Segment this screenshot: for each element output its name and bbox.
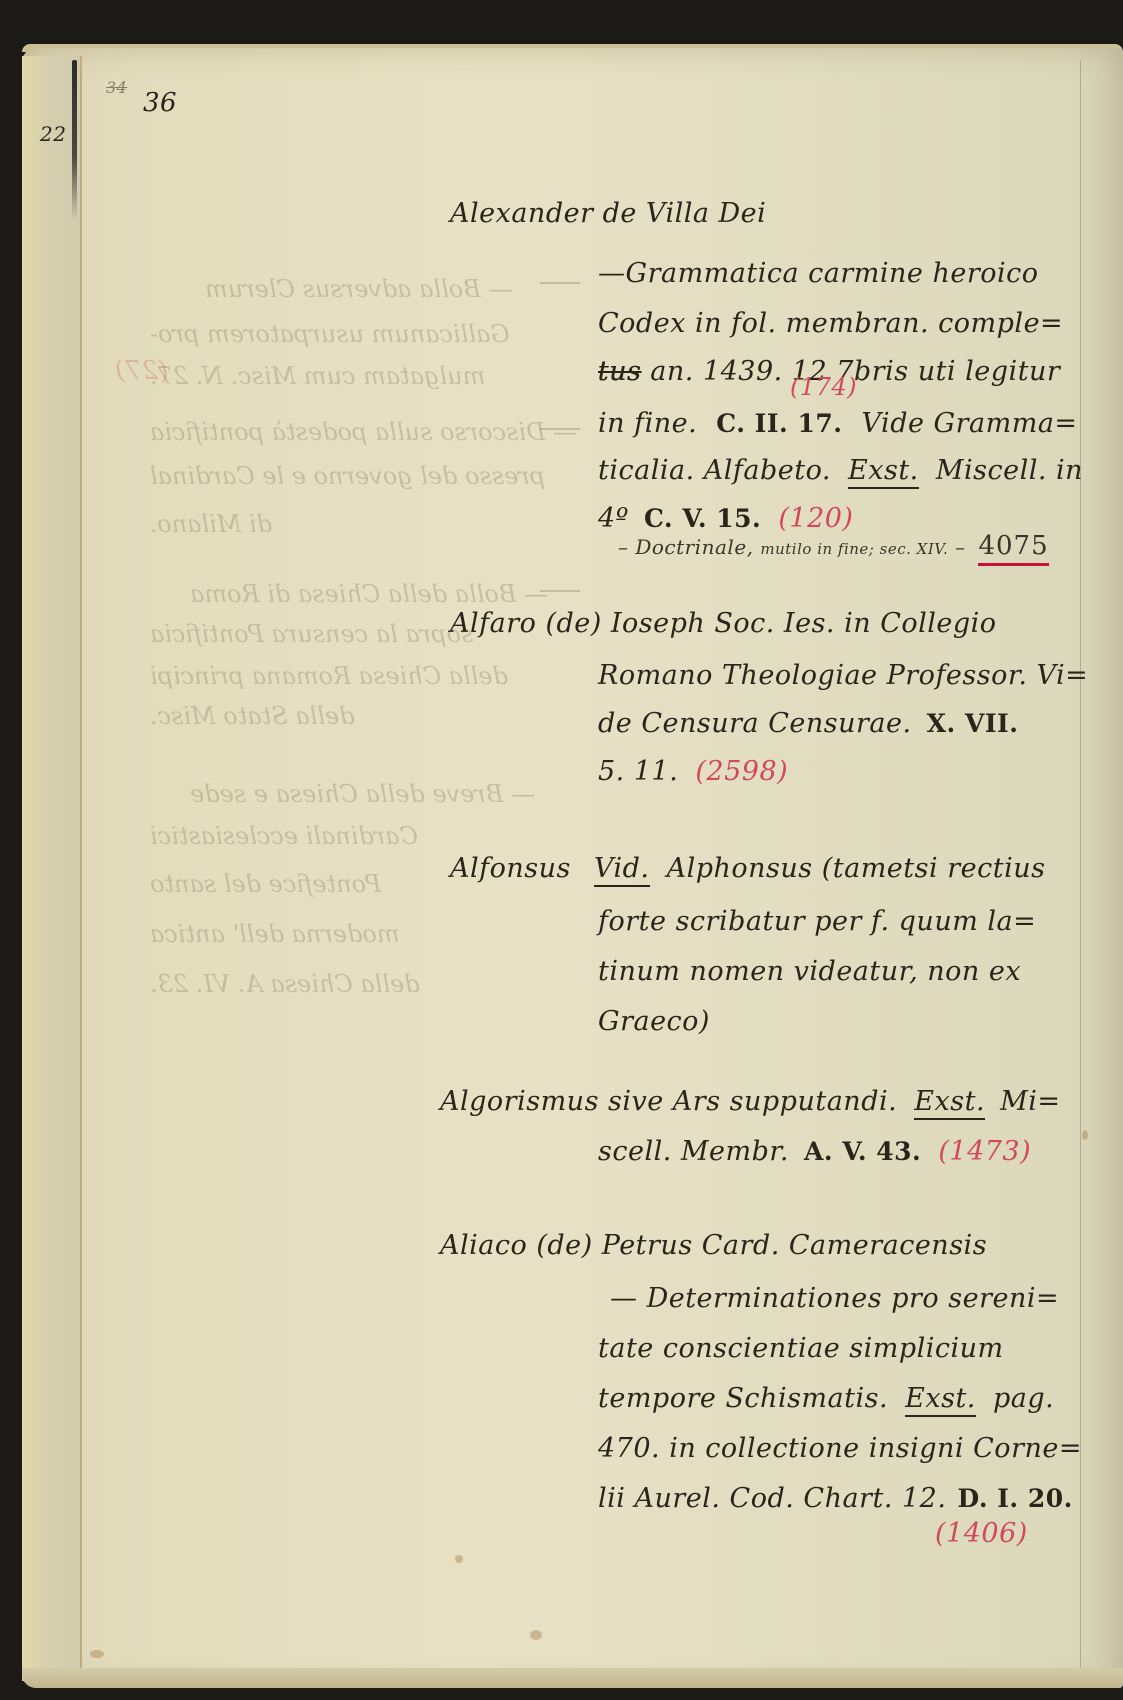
entry-line: scell. Membr. A. V. 43. (1473) [598, 1138, 1031, 1165]
margin-mark: 22 [40, 124, 66, 144]
entry-heading: Alfonsus [450, 853, 571, 884]
old-folio-number: 34 [106, 80, 127, 96]
red-shelf-number: (120) [778, 503, 853, 534]
entry-line: 4º C. V. 15. (120) [598, 505, 853, 532]
exst-underlined: Exst. [905, 1383, 976, 1417]
entry-line: Codex in fol. membran. comple= [598, 310, 1063, 337]
entry-line: in fine. C. II. 17. Vide Gramma= [598, 410, 1078, 437]
entry-line: 470. in collectione insigni Corne= [598, 1435, 1082, 1462]
shelfmark: D. I. 20. [958, 1484, 1073, 1513]
entry-line: tate conscientiae simplicium [598, 1335, 1004, 1362]
right-fold-line [1080, 60, 1081, 1670]
red-shelf-number: (174) [790, 375, 857, 399]
entry-heading: Alfaro (de) Ioseph Soc. Ies. in Collegio [450, 610, 997, 637]
red-shelf-number: (1406) [935, 1520, 1028, 1547]
entry-heading: Aliaco (de) Petrus Card. Cameracensis [440, 1232, 987, 1259]
entry-line: Alfonsus Vid. Alphonsus (tametsi rectius [450, 855, 1045, 882]
entry-heading: Alexander de Villa Dei [450, 200, 766, 227]
entry-line: de Censura Censurae. X. VII. [598, 710, 1018, 737]
folio-number: 36 [143, 90, 177, 116]
stain [90, 1650, 104, 1658]
entry-line: ticalia. Alfabeto. Exst. Miscell. in [598, 457, 1083, 484]
exst-underlined: Exst. [848, 455, 919, 489]
stain [1082, 1130, 1088, 1140]
shelfmark: X. VII. [927, 709, 1019, 738]
entry-line: — Determinationes pro sereni= [610, 1285, 1059, 1312]
red-shelf-number: (1473) [938, 1136, 1031, 1167]
catalog-number: 4075 [978, 531, 1048, 566]
entry-line: 5. 11. (2598) [598, 758, 788, 785]
exst-underlined: Exst. [914, 1086, 985, 1120]
stain [455, 1555, 463, 1563]
entry-line: Algorismus sive Ars supputandi. Exst. Mi… [440, 1088, 1061, 1115]
left-margin-strip [22, 56, 82, 1681]
page-bottom-edge [22, 1668, 1123, 1688]
shelfmark: C. V. 15. [644, 504, 761, 533]
entry-line: tempore Schismatis. Exst. pag. [598, 1385, 1054, 1412]
entry-line: forte scribatur per f. quum la= [598, 908, 1036, 935]
red-shelf-number: (2598) [695, 756, 788, 787]
binding-line [72, 60, 77, 220]
entry-line: tinum nomen videatur, non ex [598, 958, 1021, 985]
shelfmark: A. V. 43. [804, 1137, 921, 1166]
entry-line: Romano Theologiae Professor. Vi= [598, 662, 1088, 689]
vid-underlined: Vid. [594, 853, 650, 887]
entry-line: lii Aurel. Cod. Chart. 12. D. I. 20. [598, 1485, 1073, 1512]
entry-line: —Grammatica carmine heroico [598, 260, 1039, 287]
pencil-note: – Doctrinale, mutilo in fine; sec. XIV. … [618, 533, 1049, 559]
entry-heading: Algorismus sive Ars supputandi. [440, 1086, 897, 1117]
stain [530, 1630, 542, 1640]
entry-line: Graeco) [598, 1008, 710, 1035]
shelfmark: C. II. 17. [716, 409, 842, 438]
